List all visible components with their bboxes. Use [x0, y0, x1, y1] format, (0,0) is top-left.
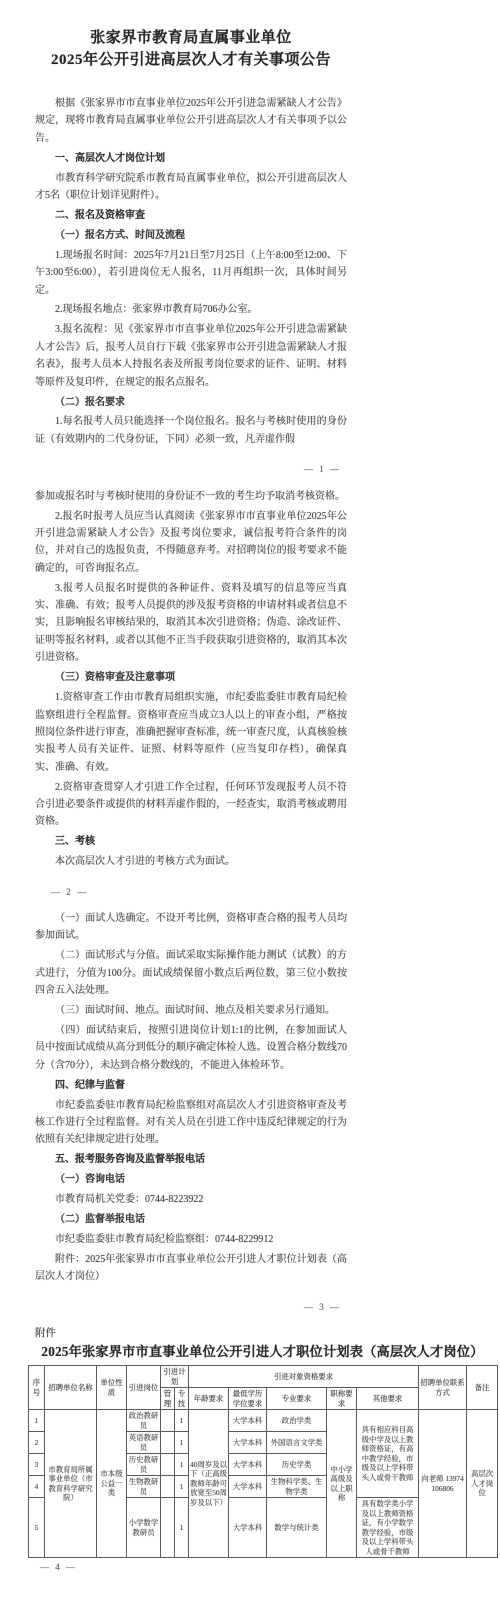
cell-no: 1 — [29, 1410, 45, 1432]
cell-major: 生物科学类、生物学类 — [267, 1476, 327, 1498]
col-header-guanli: 管理 — [161, 1388, 175, 1410]
cell-title-req: 中小学高级及以上职称 — [327, 1410, 357, 1558]
section-heading: 二、报名及资格审查 — [35, 207, 347, 224]
paragraph: （三）面试时间、地点。面试时间、地点及相关要求另行通知。 — [35, 1002, 347, 1019]
cell-guanli — [161, 1454, 175, 1476]
cell-post: 英语教研员 — [127, 1432, 161, 1454]
cell-zhuanji: 1 — [175, 1410, 189, 1432]
col-header-lianxi: 招聘单位联系方式 — [419, 1366, 467, 1410]
cell-edu: 大学本科 — [229, 1432, 267, 1454]
paragraph: 1.现场报名时间：2025年7月21日至7月25日（上午8:00至12:00、下… — [35, 247, 347, 299]
subsection-heading: （二）监督举报电话 — [35, 1211, 347, 1228]
paragraph: 本次高层次人才引进的考核方式为面试。 — [35, 853, 347, 870]
attachment-section: 附件 2025年张家界市市直事业单位公开引进人才职位计划表（高层次人才岗位） 序… — [28, 1325, 497, 1558]
document-page: 张家界市教育局直属事业单位 2025年公开引进高层次人才有关事项公告 根据《张家… — [0, 0, 500, 1600]
section-heading: 四、纪律与监督 — [35, 1077, 347, 1094]
page-number-2: — 2 — — [51, 884, 347, 901]
paragraph: 2.报名时报考人员应当认真阅读《张家界市市直事业单位2025年公开引进急需紧缺人… — [35, 508, 347, 578]
cell-unit: 市教育局所属事业单位（市教育科学研究院） — [45, 1410, 97, 1558]
section-heading: 五、报考服务咨询及监督举报电话 — [35, 1151, 347, 1168]
col-header-xueli: 最低学历学位要求 — [229, 1388, 267, 1410]
cell-guanli — [161, 1476, 175, 1498]
cell-zhuanji: 1 — [175, 1498, 189, 1558]
col-header-zhuanji: 专技 — [175, 1388, 189, 1410]
col-header-xuhao: 序号 — [29, 1366, 45, 1410]
document-title: 张家界市教育局直属事业单位 2025年公开引进高层次人才有关事项公告 — [35, 0, 347, 71]
attachment-reference: 附件：2025年张家界市市直事业单位公开引进人才职位计划表（高层次人才岗位） — [35, 1251, 347, 1286]
subsection-heading: （二）报名要求 — [35, 394, 347, 411]
col-header-danwei: 招聘单位名称 — [45, 1366, 97, 1410]
cell-edu: 大学本科 — [229, 1498, 267, 1558]
col-header-zhuanye: 专业要求 — [267, 1388, 327, 1410]
col-header-zhicheng: 职称要求 — [327, 1388, 357, 1410]
cell-post: 小学数学教研员 — [127, 1498, 161, 1558]
section-heading: 三、考核 — [35, 833, 347, 850]
paragraph: 参加或报名时与考核时使用的身份证不一致的考生均予取消考核资格。 — [35, 488, 347, 505]
paragraph: （四）面试结束后，按照引进岗位计划1:1的比例，在参加面试人员中按面试成绩从高分… — [35, 1022, 347, 1074]
paragraph: 2.资格审查贯穿人才引进工作全过程，任何环节发现报考人员不符合引进必要条件或提供… — [35, 779, 347, 831]
paragraph: 市教育科学研究院系市教育局直属事业单位，拟公开引进高层次人才5名（职位计划详见附… — [35, 170, 347, 205]
paragraph: 3.报考人员报名时提供的各种证件、资料及填写的信息等应当真实、准确、有效；报考人… — [35, 580, 347, 667]
col-header-qita: 其他要求 — [357, 1388, 419, 1410]
paragraph: （二）面试形式与分值。面试采取实际操作能力测试（试教）的方式进行，分值为100分… — [35, 947, 347, 999]
cell-other-req: 具有数学类小学及以上教师资格证，有小学数学教学经验，市级及以上学科带头人或骨干教… — [357, 1498, 419, 1558]
title-line-2: 2025年公开引进高层次人才有关事项公告 — [35, 49, 347, 71]
subsection-heading: （一）咨询电话 — [35, 1171, 347, 1188]
page-number-1: — 1 — — [35, 461, 341, 478]
paragraph: 市纪委监委驻市教育局纪检监察组对高层次人才引进资格审查及考核工作进行全过程监督。… — [35, 1097, 347, 1149]
table-row: 1 市教育局所属事业单位（市教育科学研究院） 市本级公益一类 政治教研员 1 4… — [29, 1410, 498, 1432]
col-header-gangwei: 引进岗位 — [127, 1366, 161, 1410]
paragraph: 根据《张家界市市直事业单位2025年公开引进急需紧缺人才公告》规定，现将市教育局… — [35, 95, 347, 147]
cell-edu: 大学本科 — [229, 1454, 267, 1476]
paragraph: 2.现场报名地点：张家界市教育局706办公室。 — [35, 301, 347, 318]
col-header-beizhu: 备注 — [467, 1366, 498, 1410]
col-header-jihua: 引进计划 — [161, 1366, 189, 1388]
cell-guanli — [161, 1432, 175, 1454]
plan-table: 序号 招聘单位名称 单位性质 引进岗位 引进计划 引进对象资格要求 招聘单位联系… — [28, 1365, 498, 1558]
cell-no: 3 — [29, 1454, 45, 1476]
cell-post: 政治教研员 — [127, 1410, 161, 1432]
table-title: 2025年张家界市市直事业单位公开引进人才职位计划表（高层次人才岗位） — [28, 1343, 497, 1360]
col-header-xingzhi: 单位性质 — [97, 1366, 127, 1410]
cell-guanli — [161, 1410, 175, 1432]
subsection-heading: （三）资格审查及注意事项 — [35, 669, 347, 686]
col-header-zige: 引进对象资格要求 — [189, 1366, 419, 1388]
cell-nature: 市本级公益一类 — [97, 1410, 127, 1558]
cell-zhuanji: 1 — [175, 1432, 189, 1454]
subsection-heading: （一）报名方式、时间及流程 — [35, 227, 347, 244]
section-heading: 一、高层次人才岗位计划 — [35, 150, 347, 167]
paragraph: 3.报名流程：见《张家界市市直事业单位2025年公开引进急需紧缺人才公告》后，报… — [35, 321, 347, 391]
cell-contact: 向老师 13974106806 — [419, 1410, 467, 1558]
cell-edu: 大学本科 — [229, 1410, 267, 1432]
attachment-label: 附件 — [35, 1325, 497, 1340]
cell-major: 历史学类 — [267, 1454, 327, 1476]
paragraph: 1.资格审查工作由市教育局组织实施，市纪委监委驻市教育局纪检监察组进行全程监督。… — [35, 689, 347, 776]
cell-no: 5 — [29, 1498, 45, 1558]
paragraph: 1.每名报考人员只能选择一个岗位报名。报名与考核时使用的身份证（有效期内的二代身… — [35, 413, 347, 448]
title-line-1: 张家界市教育局直属事业单位 — [35, 27, 347, 49]
table-header-row: 序号 招聘单位名称 单位性质 引进岗位 引进计划 引进对象资格要求 招聘单位联系… — [29, 1366, 498, 1388]
cell-major: 数学与统计类 — [267, 1498, 327, 1558]
cell-post: 生物教研员 — [127, 1476, 161, 1498]
cell-no: 2 — [29, 1432, 45, 1454]
cell-other-req: 具有相应科目高级中学及以上教师资格证，有高中教学经验，市级及以上学科带头人或骨干… — [357, 1410, 419, 1498]
cell-no: 4 — [29, 1476, 45, 1498]
col-header-nianling: 年龄要求 — [189, 1388, 229, 1410]
document-body: 根据《张家界市市直事业单位2025年公开引进急需紧缺人才公告》规定，现将市教育局… — [35, 95, 347, 1316]
phone-line: 市纪委监委驻市教育局纪检监察组：0744-8229912 — [35, 1231, 347, 1248]
phone-line: 市教育局机关党委：0744-8223922 — [35, 1191, 347, 1208]
cell-age: 40周岁及以下（正高级教师年龄可放宽至50周岁及以下） — [189, 1410, 229, 1558]
cell-post: 历史教研员 — [127, 1454, 161, 1476]
paragraph: （一）面试人选确定。不设开考比例，资格审查合格的报考人员均参加面试。 — [35, 910, 347, 945]
cell-edu: 大学本科 — [229, 1476, 267, 1498]
cell-guanli — [161, 1498, 175, 1558]
cell-zhuanji: 1 — [175, 1476, 189, 1498]
cell-major: 政治学类 — [267, 1410, 327, 1432]
page-number-3: — 3 — — [35, 1299, 341, 1316]
cell-zhuanji: 1 — [175, 1454, 189, 1476]
cell-note: 高层次人才岗位 — [467, 1410, 498, 1558]
cell-major: 外国语言文学类 — [267, 1432, 327, 1454]
page-number-4: — 4 — — [40, 1562, 77, 1572]
